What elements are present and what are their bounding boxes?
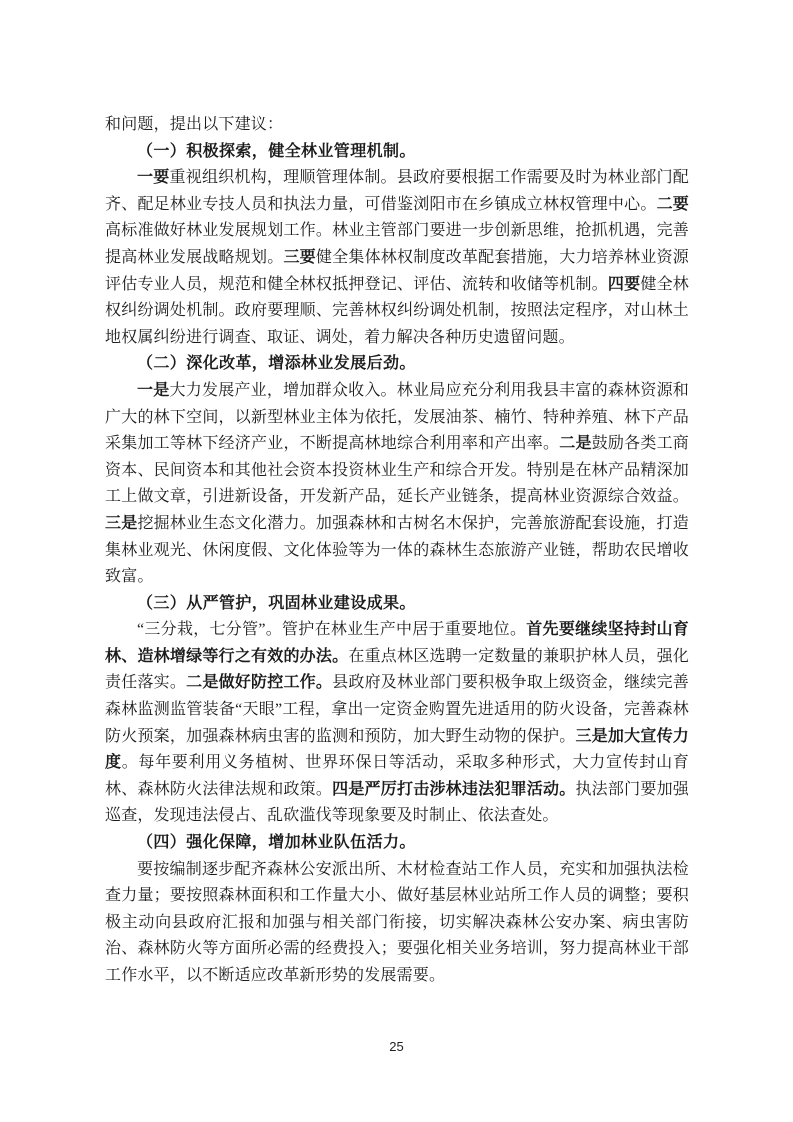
text-run: 挖掘林业生态文化潜力。加强森林和古树名木保护，完善旅游配套设施，打造集林业观光、… — [105, 515, 689, 585]
bold-text-run: （三）从严管护，巩固林业建设成果。 — [137, 595, 416, 612]
bold-text-run: 四是严厉打击涉林违法犯罪活动。 — [332, 781, 575, 798]
page-footer: 25 — [0, 1038, 793, 1056]
paragraph: 要按编制逐步配齐森林公安派出所、木材检查站工作人员，充实和加强执法检查力量；要按… — [105, 857, 689, 990]
bold-text-run: 一要 — [137, 169, 169, 186]
section-heading: （一）积极探索，健全林业管理机制。 — [105, 139, 689, 166]
bold-text-run: （一）积极探索，健全林业管理机制。 — [137, 143, 416, 160]
paragraph: “三分栽，七分管”。管护在林业生产中居于重要地位。首先要继续坚持封山育林、造林增… — [105, 617, 689, 830]
section-heading: （三）从严管护，巩固林业建设成果。 — [105, 591, 689, 618]
page-number: 25 — [389, 1039, 403, 1054]
paragraph: 一要重视组织机构，理顺管理体制。县政府要根据工作需要及时为林业部门配齐、配足林业… — [105, 165, 689, 351]
bold-text-run: 二是 — [559, 435, 591, 452]
text-run: “三分栽，七分管”。管护在林业生产中居于重要地位。 — [137, 621, 526, 638]
text-run: 和问题，提出以下建议： — [105, 116, 283, 133]
bold-text-run: 二要 — [657, 196, 689, 213]
paragraph: 一是大力发展产业，增加群众收入。林业局应充分利用我县丰富的森林资源和广大的林下空… — [105, 378, 689, 591]
document-page: 和问题，提出以下建议：（一）积极探索，健全林业管理机制。一要重视组织机构，理顺管… — [0, 0, 793, 1122]
bold-text-run: （二）深化改革，增添林业发展后劲。 — [137, 355, 416, 372]
text-run: 要按编制逐步配齐森林公安派出所、木材检查站工作人员，充实和加强执法检查力量；要按… — [105, 861, 689, 984]
section-heading: （四）强化保障，增加林业队伍活力。 — [105, 830, 689, 857]
paragraph: 和问题，提出以下建议： — [105, 112, 689, 139]
bold-text-run: （四）强化保障，增加林业队伍活力。 — [137, 834, 416, 851]
bold-text-run: 二是做好防控工作。 — [186, 674, 332, 691]
document-body: 和问题，提出以下建议：（一）积极探索，健全林业管理机制。一要重视组织机构，理顺管… — [105, 112, 689, 990]
section-heading: （二）深化改革，增添林业发展后劲。 — [105, 351, 689, 378]
bold-text-run: 三要 — [283, 249, 315, 266]
bold-text-run: 三是 — [105, 515, 137, 532]
bold-text-run: 四要 — [608, 276, 640, 293]
text-run: 重视组织机构，理顺管理体制。县政府要根据工作需要及时为林业部门配齐、配足林业专技… — [105, 169, 689, 213]
bold-text-run: 一是 — [137, 382, 169, 399]
